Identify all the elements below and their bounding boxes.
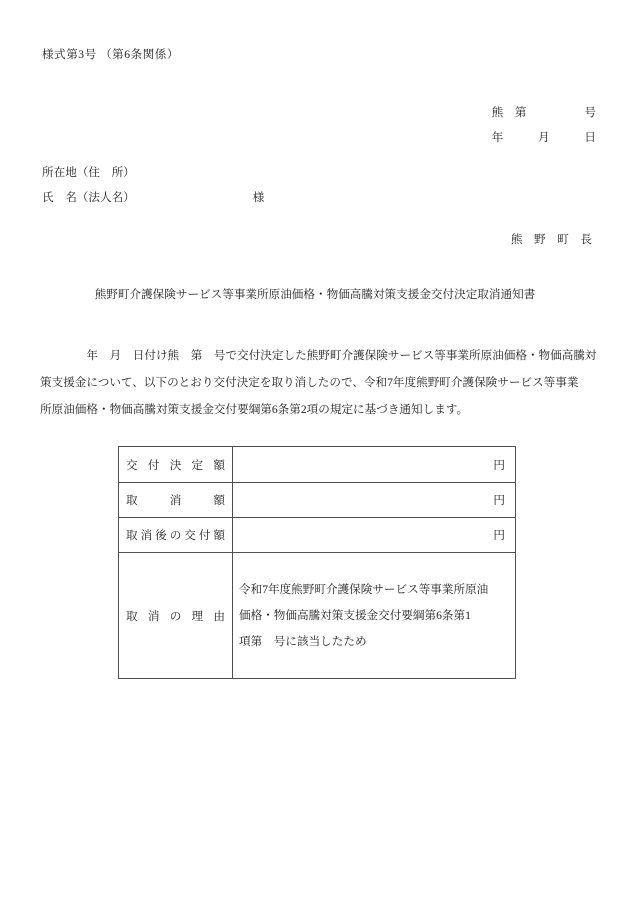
- doc-number-line: 熊 第 号: [492, 100, 596, 125]
- form-number: 様式第3号 （第6条関係）: [42, 47, 179, 63]
- amount-after-cancellation-cell: 円: [233, 518, 516, 553]
- honorific-label: 様: [253, 185, 265, 210]
- cancellation-reason-label: 取消の理由: [119, 553, 233, 679]
- cancellation-amount-label: 取消額: [119, 483, 233, 518]
- cancellation-table: 交付決定額 円 取消額 円 取消後の交付額 円 取消の理由 令和7年度熊野町介護…: [118, 446, 516, 679]
- sender-title: 熊 野 町 長: [511, 232, 592, 248]
- row-amount-after-cancellation: 取消後の交付額 円: [119, 518, 516, 553]
- reference-block: 熊 第 号 年 月 日: [492, 100, 596, 150]
- address-label: 所在地（住 所）: [42, 160, 264, 185]
- grant-decision-amount-unit: 円: [493, 459, 505, 472]
- recipient-block: 所在地（住 所） 氏 名（法人名）様: [42, 160, 264, 210]
- row-grant-decision-amount: 交付決定額 円: [119, 447, 516, 483]
- row-cancellation-reason: 取消の理由 令和7年度熊野町介護保険サービス等事業所原油 価格・物価高騰対策支援…: [119, 553, 516, 679]
- document-title: 熊野町介護保険サービス等事業所原油価格・物価高騰対策支援金交付決定取消通知書: [0, 287, 630, 303]
- document-page: 様式第3号 （第6条関係） 熊 第 号 年 月 日 所在地（住 所） 氏 名（法…: [0, 0, 630, 903]
- amount-after-cancellation-label: 取消後の交付額: [119, 518, 233, 553]
- body-paragraph: 年 月 日付け熊 第 号で交付決定した熊野町介護保険サービス等事業所原油価格・物…: [40, 342, 600, 423]
- name-label: 氏 名（法人名）: [42, 191, 135, 204]
- doc-date-line: 年 月 日: [492, 125, 596, 150]
- cancellation-amount-cell: 円: [233, 483, 516, 518]
- cancellation-amount-unit: 円: [493, 494, 505, 507]
- row-cancellation-amount: 取消額 円: [119, 483, 516, 518]
- amount-after-cancellation-unit: 円: [493, 529, 505, 542]
- cancellation-reason-text: 令和7年度熊野町介護保険サービス等事業所原油 価格・物価高騰対策支援金交付要綱第…: [233, 553, 516, 679]
- grant-decision-amount-cell: 円: [233, 447, 516, 483]
- grant-decision-amount-label: 交付決定額: [119, 447, 233, 483]
- name-line: 氏 名（法人名）様: [42, 185, 264, 210]
